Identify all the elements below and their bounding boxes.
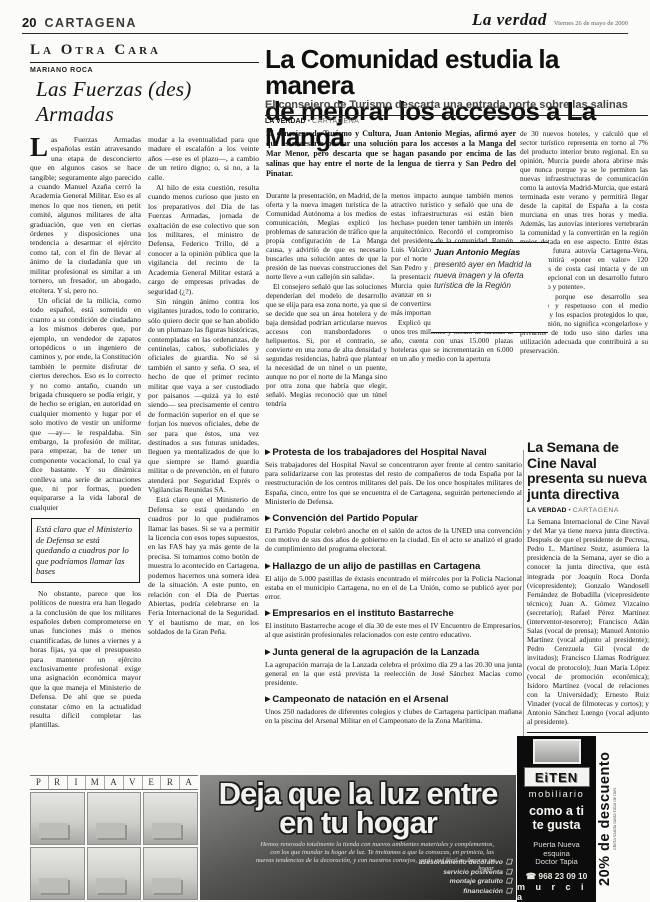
ad-photo-strip: P R I M A V E R A	[30, 775, 198, 900]
brief-text: Seis trabajadores del Hospital Naval se …	[265, 460, 522, 506]
opinion-rubric: La Otra Cara	[30, 42, 259, 59]
column-divider	[523, 450, 524, 762]
opinion-column: La Otra Cara MARIANO ROCA Las Fuerzas (d…	[30, 42, 259, 762]
brief-text: La agrupación marraja de la Lanzada cele…	[265, 660, 522, 688]
discount-label: 20% de descuento	[597, 736, 613, 902]
opinion-paragraph: Las Fuerzas Armadas españolas están atra…	[30, 135, 141, 295]
ad-main-panel: Deja que la luz entre en tu hogar Hemos …	[200, 775, 516, 900]
ad-service-item: servicio postventa❑	[419, 868, 512, 878]
opinion-paragraph: mudar a la eventualidad para que madure …	[148, 135, 259, 182]
opinion-paragraph: Al hilo de esta cuestión, resulta cuando…	[148, 183, 259, 296]
opinion-byline: MARIANO ROCA	[30, 67, 259, 74]
brand-address: Puerta Nueva esquina Doctor Tapia	[533, 841, 579, 867]
main-lead: El consejero de Turismo y Cultura, Juan …	[266, 129, 516, 189]
interior-photo	[143, 792, 198, 845]
ad-headline-line2: en tu hogar	[200, 808, 516, 837]
cine-article: La Semana de Cine Naval presenta su nuev…	[527, 440, 649, 730]
brand-slogan: como a ti te gusta	[529, 805, 584, 832]
source-name: LA VERDAD	[265, 118, 306, 125]
interior-photo	[30, 847, 85, 900]
phone-icon: ☎	[526, 871, 536, 881]
main-subhead: El consejero de Turismo descarta una ent…	[265, 99, 648, 116]
newspaper-masthead: La verdad	[472, 10, 547, 30]
divider-rule	[527, 732, 648, 733]
brief-title: ▶Junta general de la agrupación de la La…	[265, 647, 522, 658]
article-paragraph: El consejero señaló que las soluciones d…	[266, 282, 387, 408]
interior-photo	[30, 792, 85, 845]
ad-service-item: financiación❑	[419, 887, 512, 897]
interior-photo	[143, 847, 198, 900]
checkbox-icon: ❑	[503, 877, 512, 887]
season-letter: R	[49, 776, 68, 789]
brief-title: ▶Hallazgo de un alijo de pastillas en Ca…	[265, 561, 522, 572]
brief-item: ▶Campeonato de natación en el Arsenal Un…	[265, 694, 522, 725]
source-name: LA VERDAD	[527, 507, 566, 514]
opinion-paragraph: Sin ningún ánimo contra los vigilantes j…	[148, 297, 259, 495]
checkbox-icon: ❑	[503, 868, 512, 878]
brief-text: Unos 250 nadadores de diferentes colegio…	[265, 707, 522, 725]
main-headline-line1: La Comunidad estudia la manera	[265, 46, 650, 98]
season-letter: E	[143, 776, 162, 789]
opinion-pullquote: Está claro que el Ministerio de Defensa …	[31, 518, 140, 583]
article-paragraph: Durante la presentación, en Madrid, de l…	[266, 191, 387, 281]
cine-headline: La Semana de Cine Naval presenta su nuev…	[527, 440, 649, 502]
divider-rule	[30, 62, 259, 63]
issue-date: Viernes 26 de mayo de 2000	[554, 20, 628, 27]
page-number: 20	[22, 15, 36, 30]
interior-photo	[87, 792, 142, 845]
brand-logo: EiTEN	[524, 767, 590, 787]
ad-promo-strip: 20% de descuento oferta válida hasta fin…	[597, 736, 627, 902]
news-briefs: ▶Protesta de los trabajadores del Hospit…	[265, 447, 522, 766]
main-article-col1: Durante la presentación, en Madrid, de l…	[266, 191, 387, 446]
brief-title: ▶Empresarios en el instituto Bastarreche	[265, 608, 522, 619]
season-letter: A	[180, 776, 198, 789]
ad-service-item: asesoramiento decorativo❑	[419, 858, 512, 868]
source-location: CARTAGENA	[573, 507, 619, 514]
ad-headline-line1: Deja que la luz entre	[200, 779, 516, 808]
brief-title: ▶Campeonato de natación en el Arsenal	[265, 694, 522, 705]
inset-caption: Juan Antonio Megías presentó ayer en Mad…	[431, 242, 548, 333]
season-letter: A	[105, 776, 124, 789]
promo-validity-note: oferta válida hasta final de mes	[613, 736, 618, 902]
opinion-paragraph: No obstante, parece que los políticos de…	[30, 589, 141, 730]
brand-subtitle: mobiliario	[529, 789, 585, 800]
caption-text: presentó ayer en Madrid la nueva imagen …	[434, 260, 545, 292]
checkbox-icon: ❑	[503, 887, 512, 897]
opinion-paragraph: Está claro que el Ministerio de Defensa …	[148, 495, 259, 636]
season-label: P R I M A V E R A	[30, 775, 198, 790]
interior-photo	[87, 847, 142, 900]
brief-title: ▶Convención del Partido Popular	[265, 513, 522, 524]
furniture-photo	[533, 739, 581, 764]
ad-services-list: asesoramiento decorativo❑ servicio postv…	[419, 858, 512, 896]
season-letter: P	[30, 776, 49, 789]
brief-item: ▶Junta general de la agrupación de la La…	[265, 647, 522, 688]
brief-title: ▶Protesta de los trabajadores del Hospit…	[265, 447, 522, 458]
opinion-paragraph: Un oficial de la milicia, como todo espa…	[30, 296, 141, 512]
brief-text: El Partido Popular celebró anoche en el …	[265, 526, 522, 554]
season-letter: V	[124, 776, 143, 789]
checkbox-icon: ❑	[503, 858, 512, 868]
season-letter: R	[161, 776, 180, 789]
newspaper-page: 20 CARTAGENA La verdad Viernes 26 de may…	[0, 0, 650, 902]
brief-item: ▶Protesta de los trabajadores del Hospit…	[265, 447, 522, 506]
ad-brand-panel: EiTEN mobiliario como a ti te gusta Puer…	[517, 736, 596, 902]
brief-text: El alijo de 5.000 pastillas de éxtasis e…	[265, 574, 522, 602]
ad-headline: Deja que la luz entre en tu hogar	[200, 779, 516, 837]
page-header: 20 CARTAGENA La verdad Viernes 26 de may…	[22, 6, 628, 34]
cine-byline: LA VERDAD•CARTAGENA	[527, 507, 649, 514]
brand-city: m u r c i a	[517, 882, 596, 902]
brief-text: El instituto Bastarreche acoge el día 30…	[265, 621, 522, 639]
main-byline: LA VERDAD•CARTAGENA	[265, 118, 359, 125]
caption-person-name: Juan Antonio Megías	[434, 247, 545, 257]
brand-phone: ☎ 968 23 09 10	[526, 871, 588, 881]
source-location: CARTAGENA	[312, 118, 359, 125]
brief-item: ▶Hallazgo de un alijo de pastillas en Ca…	[265, 561, 522, 602]
section-title: CARTAGENA	[44, 16, 136, 30]
brief-item: ▶Empresarios en el instituto Bastarreche…	[265, 608, 522, 639]
opinion-title: Las Fuerzas (des) Armadas	[36, 77, 259, 127]
opinion-column-b: mudar a la eventualidad para que madure …	[148, 135, 259, 762]
season-letter: I	[68, 776, 87, 789]
article-paragraph: La Semana Internacional de Cine Naval y …	[527, 517, 649, 726]
brief-item: ▶Convención del Partido Popular El Parti…	[265, 513, 522, 554]
season-letter: M	[86, 776, 105, 789]
opinion-column-a: Las Fuerzas Armadas españolas están atra…	[30, 135, 141, 762]
ad-service-item: montaje gratuito❑	[419, 877, 512, 887]
